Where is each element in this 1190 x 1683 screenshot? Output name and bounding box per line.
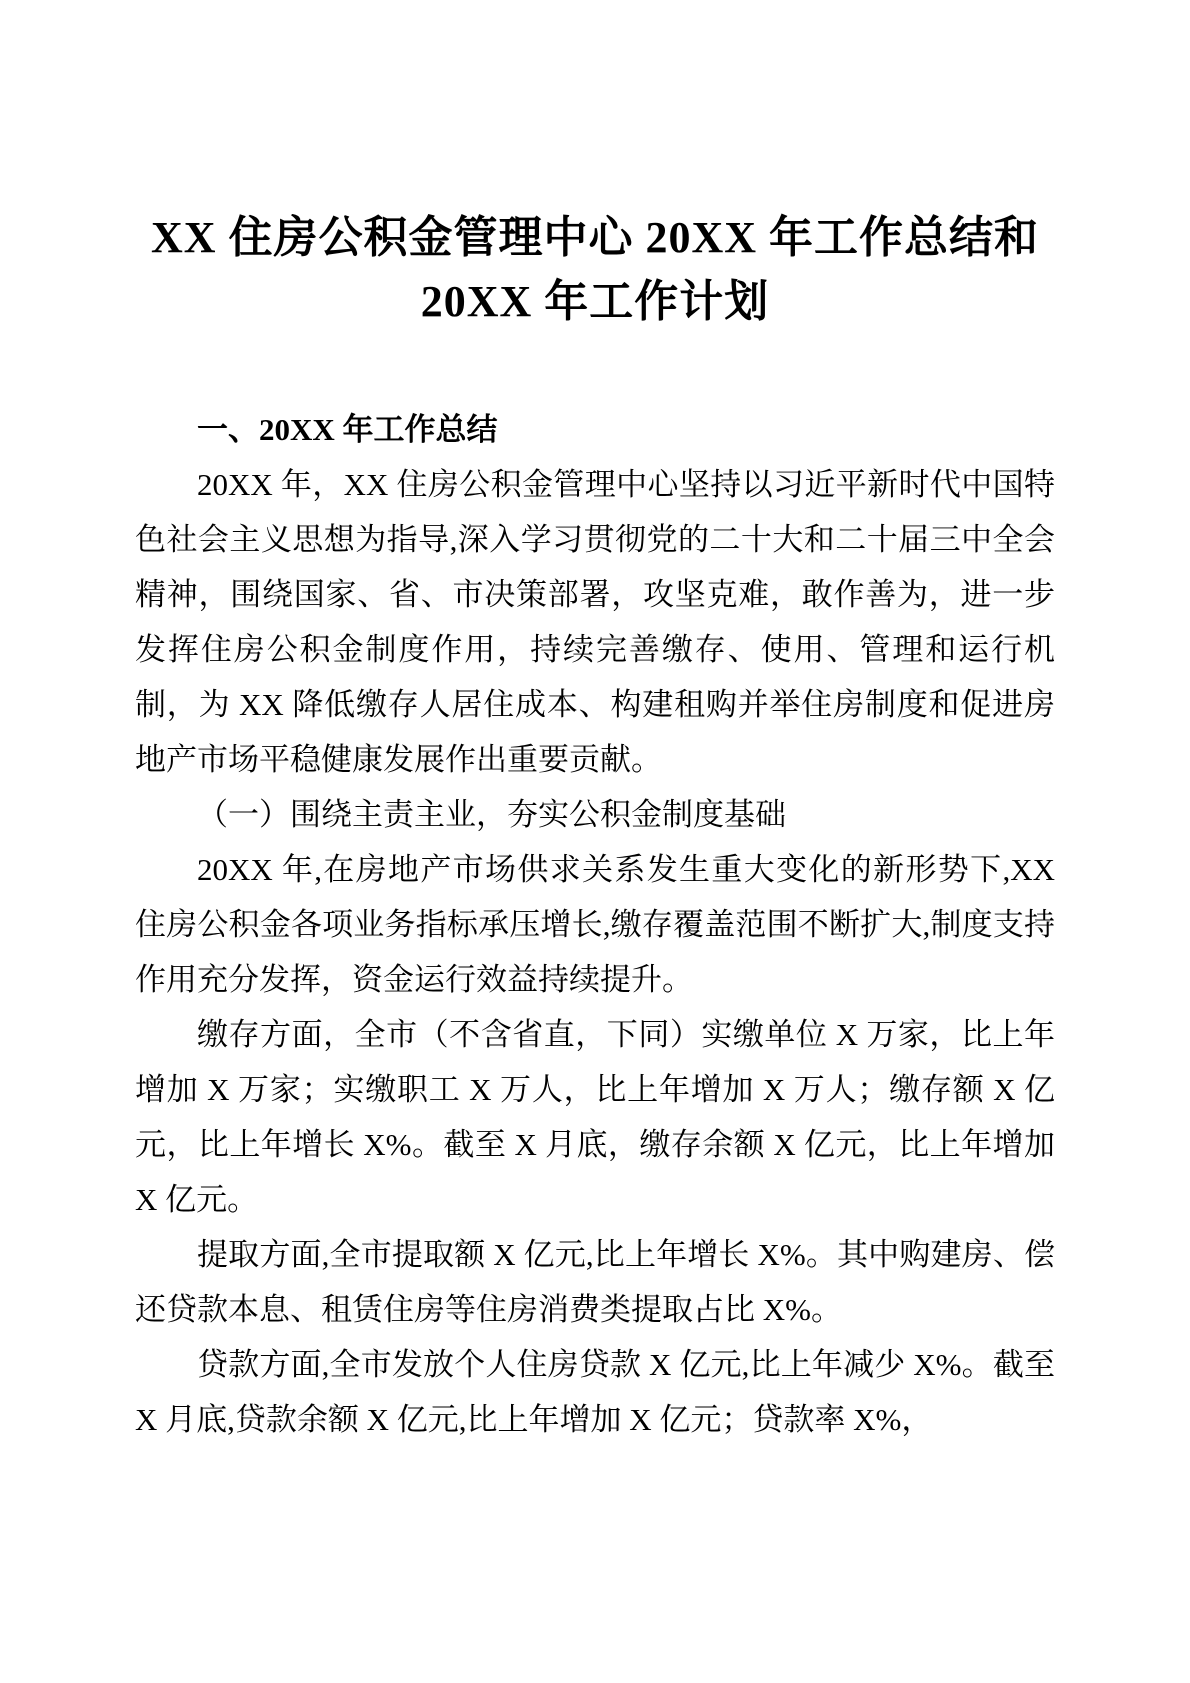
body-paragraph-overview: 20XX 年，XX 住房公积金管理中心坚持以习近平新时代中国特色社会主义思想为指… [135,457,1055,787]
document-page: XX 住房公积金管理中心 20XX 年工作总结和 20XX 年工作计划 一、20… [0,0,1190,1683]
section-heading-work-summary: 一、20XX 年工作总结 [135,402,1055,457]
body-paragraph-loans: 贷款方面,全市发放个人住房贷款 X 亿元,比上年减少 X%。截至 X 月底,贷款… [135,1337,1055,1447]
body-paragraph-deposits: 缴存方面，全市（不含省直，下同）实缴单位 X 万家，比上年增加 X 万家；实缴职… [135,1007,1055,1227]
body-paragraph-withdrawals: 提取方面,全市提取额 X 亿元,比上年增长 X%。其中购建房、偿还贷款本息、租赁… [135,1227,1055,1337]
sub-section-heading-main-duties: （一）围绕主责主业，夯实公积金制度基础 [135,787,1055,842]
body-paragraph-market-context: 20XX 年,在房地产市场供求关系发生重大变化的新形势下,XX 住房公积金各项业… [135,842,1055,1007]
document-title: XX 住房公积金管理中心 20XX 年工作总结和 20XX 年工作计划 [135,206,1055,334]
